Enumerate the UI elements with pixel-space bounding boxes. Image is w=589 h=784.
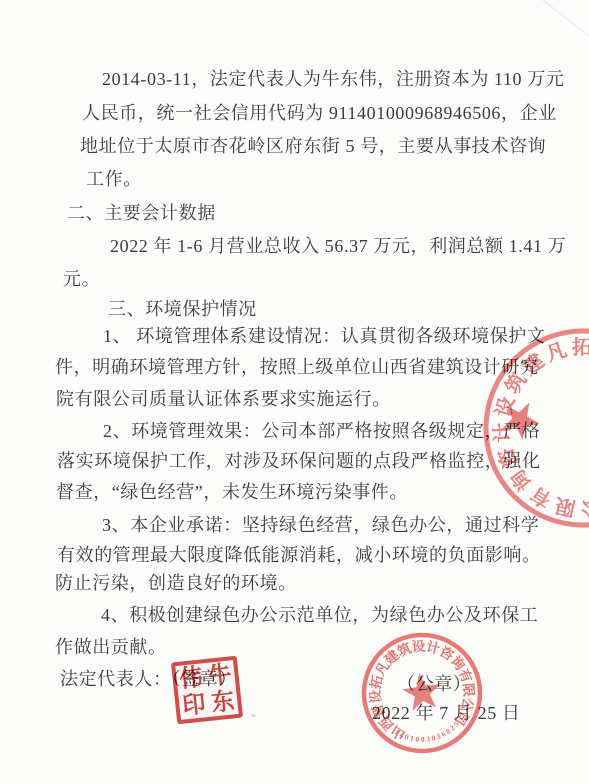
text-line: 地址位于太原市杏花岭区府东街 5 号，主要从事技术咨询 xyxy=(80,135,546,157)
name-seal-char: 印 xyxy=(178,689,210,720)
text-line: 3、本企业承诺：坚持绿色经营，绿色办公，通过科学 xyxy=(102,514,539,536)
scan-crease-mark xyxy=(524,0,589,44)
name-seal-stamp: 伟 牛 印 东 xyxy=(171,656,243,725)
text-line: 工作。 xyxy=(86,168,142,190)
text-line: 2014-03-11，法定代表人为牛东伟，注册资本为 110 万元 xyxy=(102,68,564,90)
seal-star-icon xyxy=(400,671,443,712)
text-line: 人民币，统一社会信用代码为 911401000968946506，企业 xyxy=(82,102,557,124)
text-line: 件，明确环境管理方针，按照上级单位山西省建筑设计研究 xyxy=(55,356,539,378)
text-line: 元。 xyxy=(63,268,100,290)
text-line: 2022 年 1-6 月营业总收入 56.37 万元，利润总额 1.41 万 xyxy=(110,235,566,257)
section-heading: 二、主要会计数据 xyxy=(67,202,216,224)
scan-speck xyxy=(251,713,257,718)
scanned-document-page: 2014-03-11，法定代表人为牛东伟，注册资本为 110 万元 人民币，统一… xyxy=(0,0,589,784)
text-line: 作做出贡献。 xyxy=(55,636,167,658)
text-line: 督查，“绿色经营”，未发生环境污染事件。 xyxy=(56,481,408,503)
text-line: 1、 环境管理体系建设情况：认真贯彻各级环境保护文 xyxy=(103,325,546,347)
name-seal-char: 东 xyxy=(207,686,239,717)
text-line: 有效的管理最大限度降低能源消耗，减小环境的负面影响。 xyxy=(57,544,541,566)
text-line: 院有限公司质量认证体系要求实施运行。 xyxy=(56,388,391,410)
section-heading: 三、环境保护情况 xyxy=(108,298,257,320)
company-seal-stamp: 山西晋设拓凡建筑设计咨询有限公司 1401083036825 xyxy=(337,608,506,777)
text-line: 防止污染，创造良好的环境。 xyxy=(55,572,297,594)
